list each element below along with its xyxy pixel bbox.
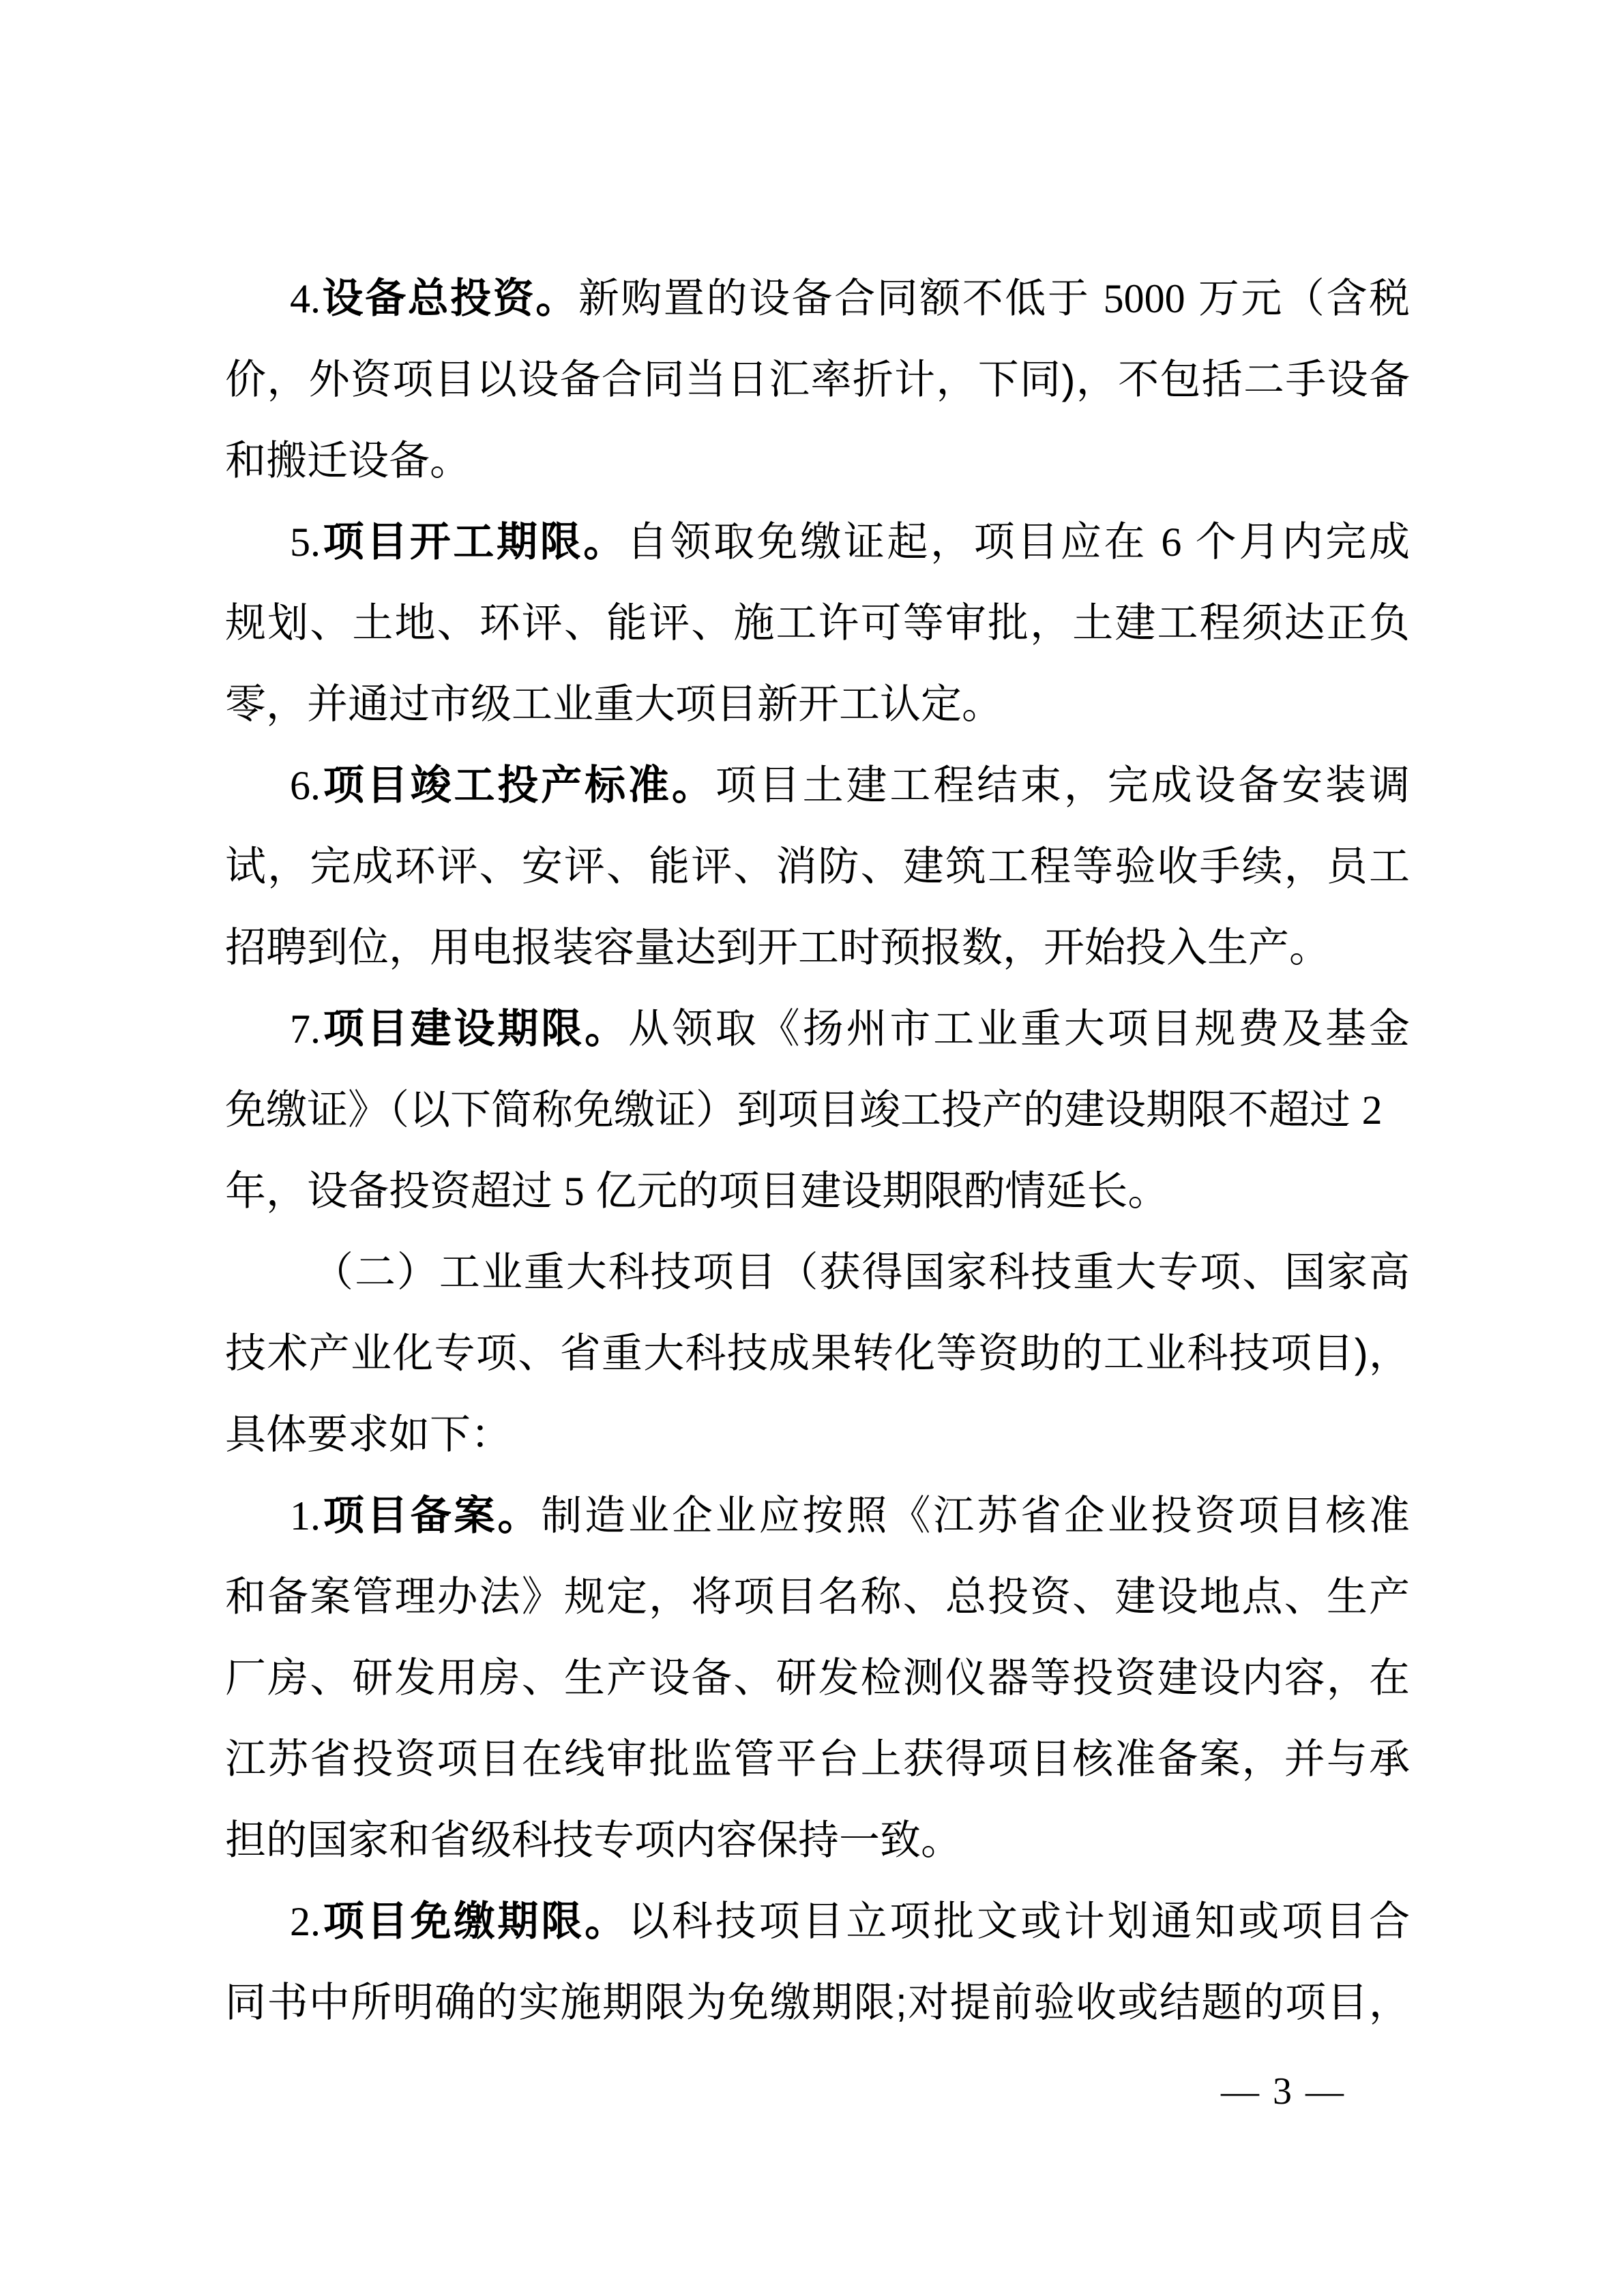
text-line: 试，完成环评、安评、能评、消防、建筑工程等验收手续，员工 [225, 826, 1410, 907]
clause-heading: 项目开工期限。 [321, 519, 627, 565]
text-line: 5.项目开工期限。自领取免缴证起，项目应在 6 个月内完成 [225, 501, 1410, 582]
text-line: 招聘到位，用电报装容量达到开工时预报数，开始投入生产。 [225, 907, 1410, 988]
text-line: 年，设备投资超过 5 亿元的项目建设期限酌情延长。 [225, 1150, 1410, 1232]
clause-heading: 项目备案。 [321, 1493, 541, 1538]
body-text: 免缴证》（以下简称免缴证）到项目竣工投产的建设期限不超过 [225, 1087, 1362, 1133]
body-text: 个月内完成 [1181, 519, 1410, 565]
body-text: 和备案管理办法》规定，将项目名称、总投资、建设地点、生产 [225, 1574, 1410, 1620]
text-line: 免缴证》（以下简称免缴证）到项目竣工投产的建设期限不超过 2 [225, 1069, 1410, 1150]
text-line: 和搬迁设备。 [225, 420, 1410, 501]
numeral-text: 5000 [1104, 276, 1185, 321]
body-text: （二）工业重大科技项目（获得国家科技重大专项、国家高 [312, 1249, 1410, 1295]
clause-heading: 项目竣工投产标准。 [321, 762, 715, 808]
text-line: 规划、土地、环评、能评、施工许可等审批，土建工程须达正负 [225, 582, 1410, 664]
text-line: （二）工业重大科技项目（获得国家科技重大专项、国家高 [225, 1232, 1410, 1313]
numeral-text: 1. [290, 1493, 321, 1538]
body-text: 和搬迁设备。 [225, 438, 471, 483]
numeral-text: 2. [290, 1899, 321, 1944]
document-body: 4.设备总投资。新购置的设备合同额不低于 5000 万元（含税价，外资项目以设备… [225, 258, 1410, 2043]
body-text: 以科技项目立项批文或计划通知或项目合 [628, 1898, 1410, 1944]
body-text: 同书中所明确的实施期限为免缴期限;对提前验收或结题的项目， [225, 1980, 1410, 2025]
body-text: 技术产业化专项、省重大科技成果转化等资助的工业科技项目)， [225, 1330, 1410, 1376]
text-line: 技术产业化专项、省重大科技成果转化等资助的工业科技项目)， [225, 1313, 1410, 1394]
numeral-text: 6 [1161, 520, 1181, 565]
body-text: 具体要求如下： [225, 1412, 512, 1457]
body-text: 新购置的设备合同额不低于 [578, 275, 1104, 321]
clause-heading: 项目免缴期限。 [321, 1898, 628, 1944]
clause-heading: 项目建设期限。 [321, 1006, 628, 1052]
body-text: 制造业企业应按照《江苏省企业投资项目核准 [541, 1493, 1410, 1538]
body-text: 从领取《扬州市工业重大项目规费及基金 [628, 1006, 1410, 1052]
numeral-text: 7. [290, 1007, 321, 1052]
body-text: 自领取免缴证起，项目应在 [627, 519, 1162, 565]
body-text: 厂房、研发用房、生产设备、研发检测仪器等投资建设内容，在 [225, 1655, 1410, 1701]
text-line: 厂房、研发用房、生产设备、研发检测仪器等投资建设内容，在 [225, 1637, 1410, 1718]
body-text: 规划、土地、环评、能评、施工许可等审批，土建工程须达正负 [225, 600, 1410, 646]
text-line: 价，外资项目以设备合同当日汇率折计，下同)，不包括二手设备 [225, 339, 1410, 420]
body-text: 担的国家和省级科技专项内容保持一致。 [225, 1817, 962, 1863]
text-line: 担的国家和省级科技专项内容保持一致。 [225, 1800, 1410, 1881]
text-line: 7.项目建设期限。从领取《扬州市工业重大项目规费及基金 [225, 988, 1410, 1069]
text-line: 江苏省投资项目在线审批监管平台上获得项目核准备案，并与承 [225, 1718, 1410, 1800]
body-text: 价，外资项目以设备合同当日汇率折计，下同)，不包括二手设备 [225, 357, 1410, 402]
text-line: 具体要求如下： [225, 1394, 1410, 1475]
numeral-text: 6. [290, 763, 321, 808]
body-text: 年，设备投资超过 [225, 1168, 564, 1214]
body-text: 招聘到位，用电报装容量达到开工时预报数，开始投入生产。 [225, 925, 1330, 970]
text-line: 1.项目备案。制造业企业应按照《江苏省企业投资项目核准 [225, 1475, 1410, 1556]
numeral-text: 2 [1362, 1088, 1383, 1133]
numeral-text: 5. [290, 520, 321, 565]
numeral-text: 4. [290, 276, 321, 321]
body-text: 零，并通过市级工业重大项目新开工认定。 [225, 681, 1003, 727]
text-line: 同书中所明确的实施期限为免缴期限;对提前验收或结题的项目， [225, 1962, 1410, 2043]
text-line: 零，并通过市级工业重大项目新开工认定。 [225, 664, 1410, 745]
clause-heading: 设备总投资。 [321, 275, 578, 321]
text-line: 和备案管理办法》规定，将项目名称、总投资、建设地点、生产 [225, 1556, 1410, 1637]
text-line: 2.项目免缴期限。以科技项目立项批文或计划通知或项目合 [225, 1881, 1410, 1962]
page-number: — 3 — [1221, 2068, 1346, 2115]
text-line: 6.项目竣工投产标准。项目土建工程结束，完成设备安装调 [225, 745, 1410, 826]
text-line: 4.设备总投资。新购置的设备合同额不低于 5000 万元（含税 [225, 258, 1410, 339]
body-text: 项目土建工程结束，完成设备安装调 [715, 762, 1410, 808]
body-text: 江苏省投资项目在线审批监管平台上获得项目核准备案，并与承 [225, 1736, 1410, 1782]
numeral-text: 5 [564, 1169, 585, 1214]
body-text: 试，完成环评、安评、能评、消防、建筑工程等验收手续，员工 [225, 844, 1410, 889]
body-text: 万元（含税 [1185, 275, 1410, 321]
body-text: 亿元的项目建设期限酌情延长。 [585, 1168, 1169, 1214]
